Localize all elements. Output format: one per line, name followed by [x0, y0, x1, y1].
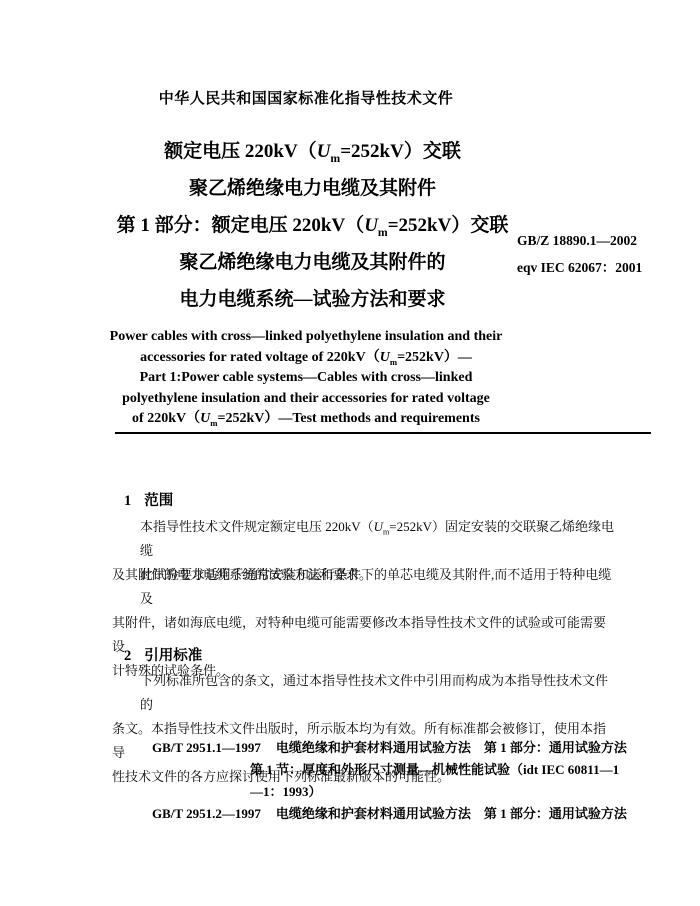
variable-u: U — [364, 215, 378, 236]
title-cn-line-5: 电力电缆系统—试验方法和要求 — [105, 281, 520, 318]
reference-code: GB/T 2951.1—1997 — [152, 740, 261, 755]
reference-item: GB/T 2951.2—1997电缆绝缘和护套材料通用试验方法 第 1 部分：通… — [112, 803, 632, 825]
variable-u: U — [317, 141, 331, 162]
reference-item: GB/T 2951.1—1997电缆绝缘和护套材料通用试验方法 第 1 部分：通… — [112, 737, 632, 759]
body-text-segment: 本指导性技术文件规定额定电压 220kV（ — [140, 519, 374, 534]
reference-continuation: —1：1993） — [112, 781, 632, 803]
paragraph-line: 本指导性技术文件规定额定电压 220kV（Um=252kV）固定安装的交联聚乙烯… — [112, 515, 617, 563]
standard-number-gb: GB/Z 18890.1—2002 — [517, 227, 642, 254]
title-english: Power cables with cross—linked polyethyl… — [80, 327, 532, 430]
title-en-line-1: Power cables with cross—linked polyethyl… — [80, 327, 532, 348]
title-text-segment: 第 1 部分：额定电压 220kV（ — [117, 215, 365, 236]
title-en-line-2: accessories for rated voltage of 220kV（U… — [80, 348, 532, 369]
divider-rule — [115, 432, 651, 434]
title-text-segment: =252kV）交联 — [388, 215, 509, 236]
standard-number-block: GB/Z 18890.1—2002 eqv IEC 62067：2001 — [517, 227, 642, 281]
section-2-heading: 2引用标准 — [124, 644, 202, 665]
title-en-line-5: of 220kV（Um=252kV）—Test methods and requ… — [80, 409, 532, 430]
variable-u: U — [374, 519, 383, 534]
subscript-m: m — [378, 226, 388, 239]
section-title: 范围 — [144, 493, 173, 509]
reference-continuation: 第 1 节：厚度和外形尺寸测量—机械性能试验（idt IEC 60811—1 — [112, 759, 632, 781]
title-text-segment: 额定电压 220kV（ — [164, 141, 317, 162]
section-title: 引用标准 — [144, 648, 202, 664]
variable-u: U — [380, 350, 390, 365]
section-1-paragraph-2: 此试验要求适用于通常安装和运行条件下的单芯电缆及其附件,而不适用于特种电缆及 其… — [112, 563, 617, 683]
title-text-segment: =252kV）—Test methods and requirements — [217, 411, 479, 426]
title-text-segment: of 220kV（ — [132, 411, 200, 426]
title-text-segment: =252kV）— — [397, 350, 472, 365]
standard-document-page: 中华人民共和国国家标准化指导性技术文件 额定电压 220kV（Um=252kV）… — [0, 0, 700, 906]
document-category-header: 中华人民共和国国家标准化指导性技术文件 — [0, 87, 612, 108]
reference-code: GB/T 2951.2—1997 — [152, 806, 261, 821]
title-cn-line-4: 聚乙烯绝缘电力电缆及其附件的 — [105, 244, 520, 281]
title-cn-line-1: 额定电压 220kV（Um=252kV）交联 — [105, 133, 520, 170]
reference-list: GB/T 2951.1—1997电缆绝缘和护套材料通用试验方法 第 1 部分：通… — [112, 737, 632, 825]
variable-u: U — [200, 411, 210, 426]
section-1-heading: 1范围 — [124, 489, 173, 510]
reference-title: 电缆绝缘和护套材料通用试验方法 第 1 部分：通用试验方法 — [276, 740, 627, 755]
title-cn-line-2: 聚乙烯绝缘电力电缆及其附件 — [105, 170, 520, 207]
title-en-line-4: polyethylene insulation and their access… — [80, 389, 532, 410]
title-en-line-3: Part 1:Power cable systems—Cables with c… — [80, 368, 532, 389]
title-text-segment: =252kV）交联 — [340, 141, 461, 162]
title-chinese: 额定电压 220kV（Um=252kV）交联 聚乙烯绝缘电力电缆及其附件 第 1… — [105, 133, 520, 318]
standard-number-iec: eqv IEC 62067：2001 — [517, 254, 642, 281]
title-text-segment: accessories for rated voltage of 220kV（ — [140, 350, 380, 365]
section-number: 1 — [124, 493, 131, 509]
subscript-m: m — [330, 152, 340, 165]
paragraph-line: 此试验要求适用于通常安装和运行条件下的单芯电缆及其附件,而不适用于特种电缆及 — [112, 563, 617, 611]
subscript-m: m — [390, 356, 397, 366]
section-number: 2 — [124, 648, 131, 664]
title-cn-line-3: 第 1 部分：额定电压 220kV（Um=252kV）交联 — [105, 207, 520, 244]
reference-title: 电缆绝缘和护套材料通用试验方法 第 1 部分：通用试验方法 — [276, 806, 627, 821]
paragraph-line: 下列标准所包含的条文，通过本指导性技术文件中引用而构成为本指导性技术文件的 — [112, 669, 617, 717]
